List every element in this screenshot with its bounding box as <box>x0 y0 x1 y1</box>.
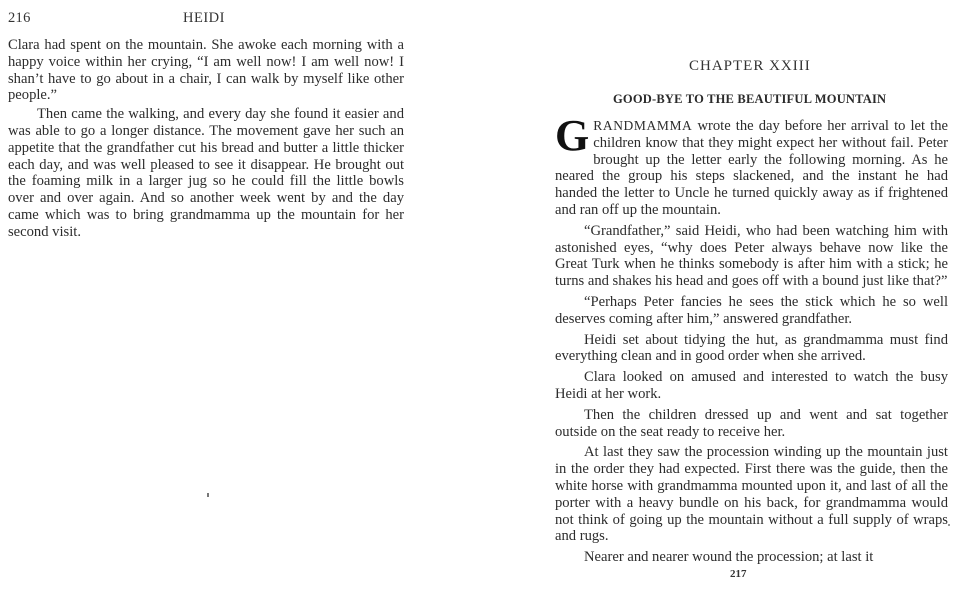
page-number-216: 216 <box>8 10 31 27</box>
scan-speck <box>207 493 209 497</box>
running-title: HEIDI <box>183 10 225 27</box>
page-number-217: 217 <box>730 568 747 580</box>
paragraph: At last they saw the procession winding … <box>555 444 948 545</box>
paragraph: “Grandfather,” said Heidi, who had been … <box>555 223 948 290</box>
drop-cap: G <box>555 119 589 153</box>
opening-paragraph: GRANDMAMMA wrote the day before her arri… <box>555 118 948 219</box>
right-body-text: GRANDMAMMA wrote the day before her arri… <box>555 118 948 566</box>
paragraph-continued: Clara had spent on the mountain. She awo… <box>8 37 404 104</box>
chapter-number: CHAPTER XXIII <box>689 58 811 75</box>
left-body-text: Clara had spent on the mountain. She awo… <box>8 37 404 241</box>
paragraph: Then came the walking, and every day she… <box>8 106 404 240</box>
paragraph: Clara looked on amused and interested to… <box>555 369 948 403</box>
paragraph: Heidi set about tidying the hut, as gran… <box>555 332 948 366</box>
chapter-title: GOOD-BYE TO THE BEAUTIFUL MOUNTAIN <box>613 92 886 107</box>
opening-smallcaps: RANDMAMMA <box>593 118 692 133</box>
right-page: CHAPTER XXIII GOOD-BYE TO THE BEAUTIFUL … <box>477 0 954 592</box>
paragraph-continues: Nearer and nearer wound the procession; … <box>555 549 948 566</box>
left-page: 216 HEIDI Clara had spent on the mountai… <box>0 0 477 592</box>
paragraph: Then the children dressed up and went an… <box>555 407 948 441</box>
scan-speck <box>948 524 950 526</box>
paragraph: “Perhaps Peter fancies he sees the stick… <box>555 294 948 328</box>
